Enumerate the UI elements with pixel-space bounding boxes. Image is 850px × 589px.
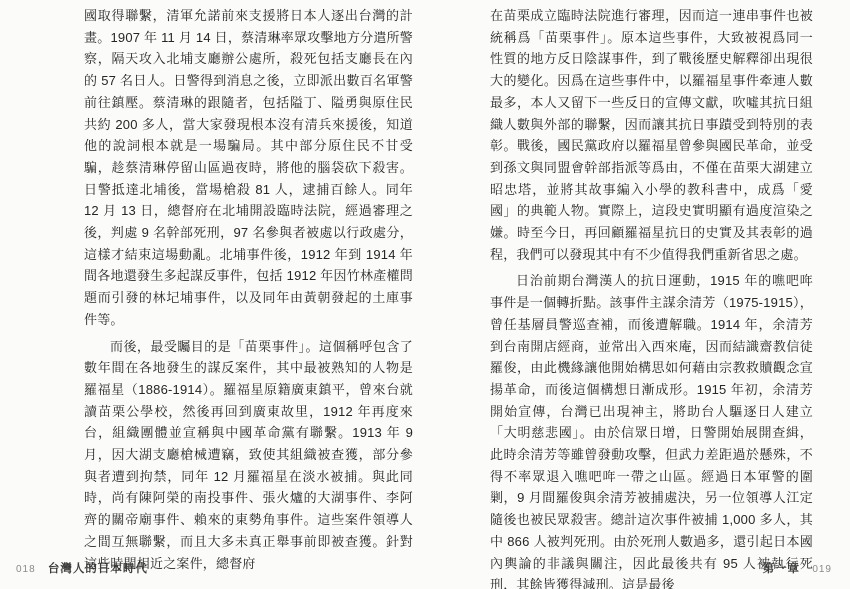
right-paragraph-1: 在苗栗成立臨時法院進行審理，因而這一連串事件也被統稱爲「苗栗事件」。原本這些事件… — [490, 5, 813, 265]
left-paragraph-1: 國取得聯繫，清軍允諾前來支援將日本人逐出台灣的計畫。1907 年 11 月 14… — [84, 5, 413, 331]
left-page-number: 018 — [16, 564, 36, 575]
left-paragraph-2: 而後，最受矚目的是「苗栗事件」。這個稱呼包含了數年間在各地發生的謀反案件，其中最… — [84, 336, 413, 575]
book-spread: 國取得聯繫，清軍允諾前來支援將日本人逐出台灣的計畫。1907 年 11 月 14… — [0, 0, 850, 589]
right-page-number: 019 — [812, 564, 832, 575]
left-page-text-block: 國取得聯繫，清軍允諾前來支援將日本人逐出台灣的計畫。1907 年 11 月 14… — [84, 5, 413, 574]
right-page: 在苗栗成立臨時法院進行審理，因而這一連串事件也被統稱爲「苗栗事件」。原本這些事件… — [425, 0, 850, 589]
right-paragraph-2: 日治前期台灣漢人的抗日運動，1915 年的噍吧哖事件是一個轉折點。該事件主謀余清… — [490, 270, 813, 589]
left-page-footer: 018 台灣人的日本時代 — [16, 560, 148, 576]
left-page: 國取得聯繫，清軍允諾前來支援將日本人逐出台灣的計畫。1907 年 11 月 14… — [0, 0, 425, 589]
right-page-text-block: 在苗栗成立臨時法院進行審理，因而這一連串事件也被統稱爲「苗栗事件」。原本這些事件… — [490, 5, 813, 589]
book-title: 台灣人的日本時代 — [48, 563, 148, 575]
right-page-footer: 第一章 019 — [763, 560, 832, 576]
chapter-title: 第一章 — [763, 563, 801, 575]
